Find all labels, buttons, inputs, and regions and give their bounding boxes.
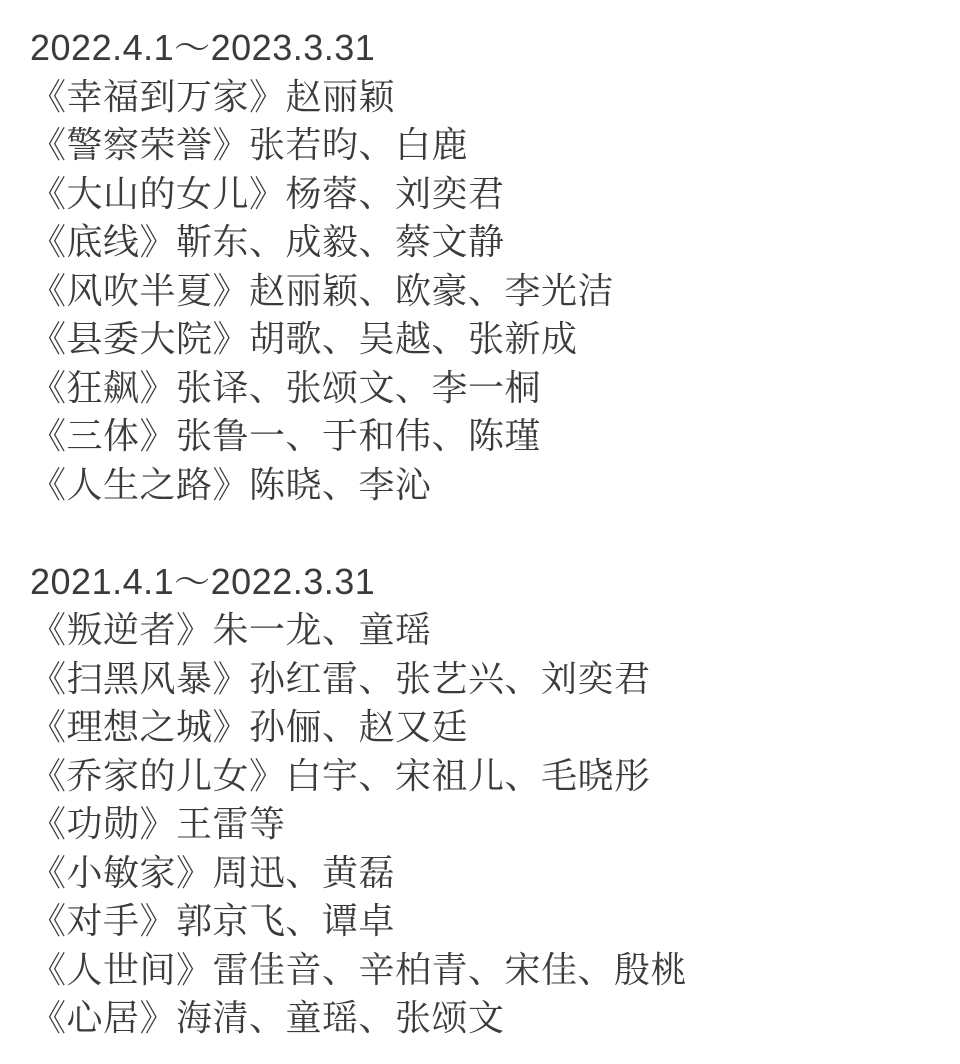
drama-entry: 《人生之路》陈晓、李沁 (30, 461, 950, 510)
drama-entry: 《扫黑风暴》孙红雷、张艺兴、刘奕君 (30, 655, 950, 704)
drama-title: 《人世间》 (30, 949, 213, 990)
drama-cast: 周迅、黄磊 (213, 852, 396, 893)
drama-title: 《扫黑风暴》 (30, 658, 249, 699)
drama-title: 《乔家的儿女》 (30, 755, 286, 796)
drama-cast: 胡歌、吴越、张新成 (249, 318, 578, 359)
drama-entry: 《叛逆者》朱一龙、童瑶 (30, 606, 950, 655)
drama-cast: 王雷等 (176, 803, 286, 844)
drama-entry: 《幸福到万家》赵丽颖 (30, 73, 950, 122)
drama-entry: 《理想之城》孙俪、赵又廷 (30, 703, 950, 752)
drama-title: 《心居》 (30, 997, 176, 1038)
drama-list-document: 2022.4.1～2023.3.31 《幸福到万家》赵丽颖 《警察荣誉》张若昀、… (0, 0, 960, 1043)
drama-cast: 朱一龙、童瑶 (213, 609, 432, 650)
drama-title: 《小敏家》 (30, 852, 213, 893)
drama-entry: 《三体》张鲁一、于和伟、陈瑾 (30, 412, 950, 461)
section-2021-2022: 2021.4.1～2022.3.31 《叛逆者》朱一龙、童瑶 《扫黑风暴》孙红雷… (30, 558, 950, 1043)
drama-cast: 白宇、宋祖儿、毛晓彤 (286, 755, 651, 796)
period-heading: 2022.4.1～2023.3.31 (30, 24, 950, 73)
section-2022-2023: 2022.4.1～2023.3.31 《幸福到万家》赵丽颖 《警察荣誉》张若昀、… (30, 24, 950, 509)
drama-entry: 《心居》海清、童瑶、张颂文 (30, 994, 950, 1043)
drama-entry: 《功勋》王雷等 (30, 800, 950, 849)
drama-title: 《风吹半夏》 (30, 270, 249, 311)
drama-cast: 陈晓、李沁 (249, 464, 432, 505)
drama-cast: 张译、张颂文、李一桐 (176, 367, 541, 408)
drama-title: 《叛逆者》 (30, 609, 213, 650)
drama-title: 《幸福到万家》 (30, 76, 286, 117)
drama-cast: 海清、童瑶、张颂文 (176, 997, 505, 1038)
drama-title: 《狂飙》 (30, 367, 176, 408)
drama-title: 《警察荣誉》 (30, 124, 249, 165)
drama-cast: 赵丽颖 (286, 76, 396, 117)
drama-cast: 张鲁一、于和伟、陈瑾 (176, 415, 541, 456)
drama-entry: 《人世间》雷佳音、辛柏青、宋佳、殷桃 (30, 946, 950, 995)
drama-title: 《对手》 (30, 900, 176, 941)
drama-cast: 孙俪、赵又廷 (249, 706, 468, 747)
drama-title: 《人生之路》 (30, 464, 249, 505)
period-heading: 2021.4.1～2022.3.31 (30, 558, 950, 607)
drama-entry: 《警察荣誉》张若昀、白鹿 (30, 121, 950, 170)
drama-cast: 杨蓉、刘奕君 (286, 173, 505, 214)
drama-title: 《底线》 (30, 221, 176, 262)
drama-cast: 雷佳音、辛柏青、宋佳、殷桃 (213, 949, 688, 990)
drama-entry: 《底线》靳东、成毅、蔡文静 (30, 218, 950, 267)
drama-entry: 《小敏家》周迅、黄磊 (30, 849, 950, 898)
drama-title: 《县委大院》 (30, 318, 249, 359)
drama-cast: 孙红雷、张艺兴、刘奕君 (249, 658, 651, 699)
drama-title: 《理想之城》 (30, 706, 249, 747)
drama-cast: 靳东、成毅、蔡文静 (176, 221, 505, 262)
drama-title: 《三体》 (30, 415, 176, 456)
drama-title: 《大山的女儿》 (30, 173, 286, 214)
drama-entry: 《风吹半夏》赵丽颖、欧豪、李光洁 (30, 267, 950, 316)
drama-cast: 郭京飞、谭卓 (176, 900, 395, 941)
drama-entry: 《狂飙》张译、张颂文、李一桐 (30, 364, 950, 413)
drama-entry: 《大山的女儿》杨蓉、刘奕君 (30, 170, 950, 219)
drama-cast: 张若昀、白鹿 (249, 124, 468, 165)
drama-entry: 《县委大院》胡歌、吴越、张新成 (30, 315, 950, 364)
drama-entry: 《对手》郭京飞、谭卓 (30, 897, 950, 946)
drama-cast: 赵丽颖、欧豪、李光洁 (249, 270, 614, 311)
drama-title: 《功勋》 (30, 803, 176, 844)
drama-entry: 《乔家的儿女》白宇、宋祖儿、毛晓彤 (30, 752, 950, 801)
